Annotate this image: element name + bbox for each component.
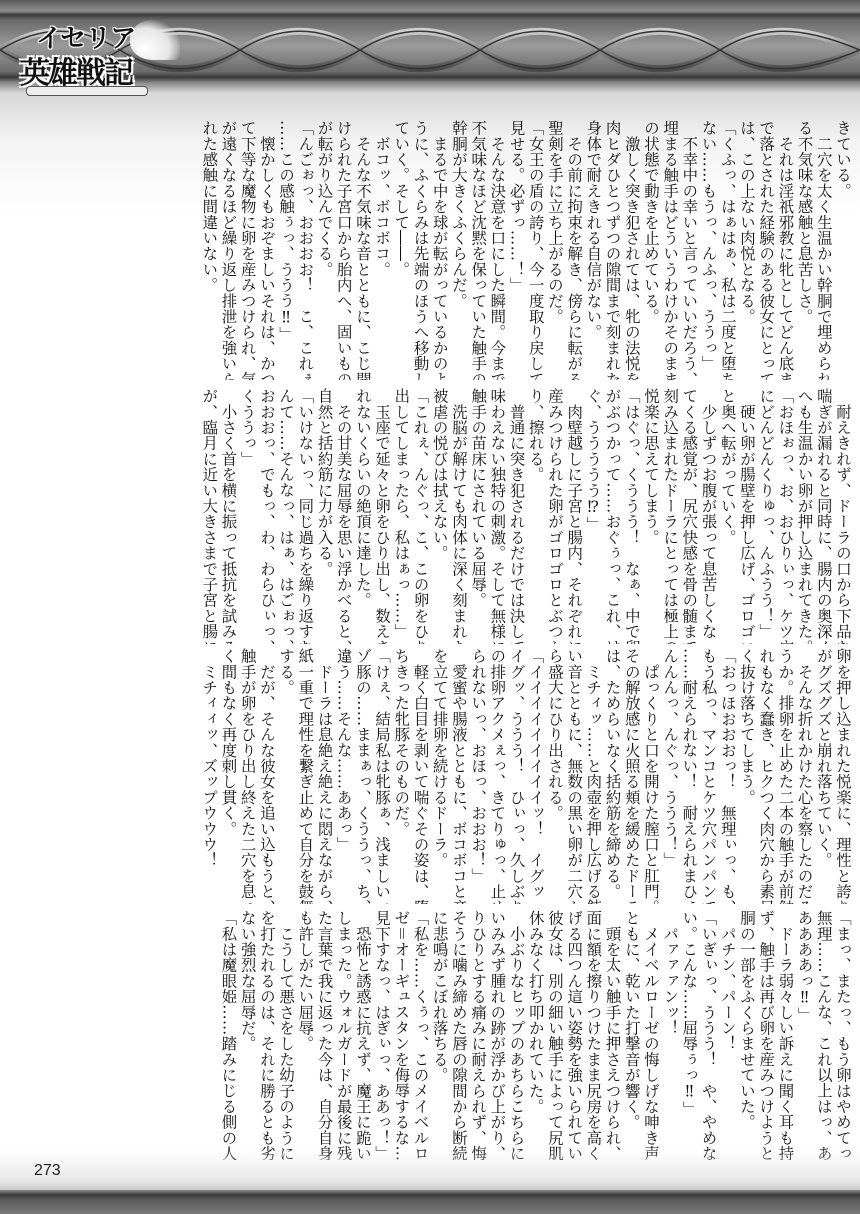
text-line: こうして悪さをした幼子のように尻 (276, 910, 295, 1160)
text-line: い音とともに、無数の黒い卵が二穴か (564, 648, 583, 904)
text-line: そんな不気味な音とともに、こじ開 (353, 120, 372, 380)
text-line: んて……そんなっ、はぁ、はごぉっ、 (276, 388, 295, 644)
text-line: おおおっ、でもっ、わ、わらひぃっ、 (257, 388, 276, 644)
text-tier-3: 卵を押し込まれた悦楽に、理性と誇りがグズグズと崩れ落ちていく。 そんな折れかけた… (22, 648, 852, 904)
text-line: まるで中を球が転がっているかのよ (430, 120, 449, 380)
text-line: 被虐の悦びは拭えない。 (430, 388, 449, 644)
text-line: 玉座で延々と卵をひり出し、数えき (372, 388, 391, 644)
text-line: られないっ、おほっ、おおお！」 (468, 648, 487, 904)
text-line: り、擦れる。 (526, 388, 545, 644)
text-line: が転がり込んでくる。 (314, 120, 333, 380)
text-line: しまった。ウォルガードが最後に残し (334, 910, 353, 1160)
text-line: れた感触に間違いない。 (199, 120, 218, 380)
text-line: メイベルローゼの悔しげな呻き声と (641, 910, 660, 1160)
text-line: 悦楽に思えてしまう。 (641, 388, 660, 644)
text-line: 洗脳が解けても肉体に深く刻まれた (449, 388, 468, 644)
text-line: く抜け落ちてしまう。 (737, 648, 756, 904)
text-line: くううっ」 (238, 388, 257, 644)
text-line: 「私を……くぅっ、このメイベルロー (410, 910, 429, 1160)
text-line: 硬い卵が腸壁を押し広げ、ゴロゴロ (737, 388, 756, 644)
wing-icon (130, 20, 180, 60)
text-line: を立てて排卵を続けるドーラ。 (430, 648, 449, 904)
text-line: 小ぶりなヒップのあちらこちらに赤 (506, 910, 525, 1160)
text-line: 「けぇ、結局私は牝豚ぁ、浅ましいマ (372, 648, 391, 904)
text-line: 恐怖と誘惑に抗えず、魔王に跪いて (353, 910, 372, 1160)
text-line: に悲鳴がこぼれ落ちる。 (430, 910, 449, 1160)
text-line: ない……もうっ、んふっ、ううっ」 (698, 120, 717, 380)
text-line: そんな折れかけた心を察したのだろ (794, 648, 813, 904)
text-line: ていく。そして――。 (391, 120, 410, 380)
text-line: ……耐えられない！ 耐えられまひぇ (679, 648, 698, 904)
text-line: ドーラは息絶え絶えに悶えながら、 (314, 648, 333, 904)
text-line: 「イイイイイイイイイッ！ イグッ (526, 648, 545, 904)
text-line: 「いけないっ、同じ過ちを繰り返すな (295, 388, 314, 644)
text-line: ドーラ弱々しい訴えに聞く耳も持た (775, 910, 794, 1160)
text-line: 小さく首を横に振って抵抗を試みる (218, 388, 237, 644)
text-line: 無理……こんな、これ以上はっ、ああ (814, 910, 833, 1160)
text-line: れないくらいの絶頂に達した。 (353, 388, 372, 644)
text-line: 産みつけられた卵がゴロゴロとぶつか (545, 388, 564, 644)
text-line: がぶつかって……おぐぅっ、これ、は (602, 388, 621, 644)
text-line: 「はぐっ、くううう！ なぁ、中で卵 (622, 388, 641, 644)
text-line: 自然と括約筋に力が入る。 (314, 388, 333, 644)
text-line: 「いぎぃっ、ううう！ や、やめなさ (698, 910, 717, 1160)
text-line: んんんっ、んぐっ、ううう！」 (660, 648, 679, 904)
text-line: 「んごぉっ、おおおお！ こ、これぇ (295, 120, 314, 380)
text-line: パァァァンッ！ (660, 910, 679, 1160)
text-line: 「おっほおおおっ！ 無理ぃっ、も、 (718, 648, 737, 904)
text-line: ぱっくりと口を開けた膣口と肛門。 (641, 648, 660, 904)
page-number: 273 (34, 1162, 61, 1180)
text-line: 見下すなっ、はぎぃっ、ああっ！」 (372, 910, 391, 1160)
text-line: 身体で耐えきれる自信がない。 (583, 120, 602, 380)
text-line: 味わえない独特の刺激。そして無様に (487, 388, 506, 644)
text-line: 埋まる触手はどういうわけかそのまま (660, 120, 679, 380)
text-line: ら盛大にひり出される。 (545, 648, 564, 904)
text-line: も許しがたい屈辱。 (295, 910, 314, 1160)
text-line: うか。排卵を止めた二本の触手が前触 (775, 648, 794, 904)
text-line: 「私は魔眼姫……踏みにじる側の人間 (218, 910, 237, 1160)
text-line: 不幸中の幸いと言っていいだろう、 (679, 120, 698, 380)
text-line: の排卵アクメぇっ、きてりゅっ、止め (487, 648, 506, 904)
text-line: りひりとする痛みに耐えられず、悔し (468, 910, 487, 1160)
text-line: 頭を太い触手に押さえつけられ、地 (602, 910, 621, 1160)
text-line: パチン、パーン！ (718, 910, 737, 1160)
text-line: 普通に突き犯されるだけでは決して (506, 388, 525, 644)
text-line: 耐えきれず、ドーラの口から下品な (833, 388, 852, 644)
text-line: ……この感触ぅっ、ううう‼」 (276, 120, 295, 380)
text-line: ない強烈な屈辱だ。 (238, 910, 257, 1160)
text-line: それは淫祇邪教に牝としてどん底ま (775, 120, 794, 380)
text-line: が遠くなるほど繰り返し排泄を強いら (218, 120, 237, 380)
text-line: ああああっ‼」 (794, 910, 813, 1160)
text-line: 二穴を太く生温かい幹胴で埋められ (814, 120, 833, 380)
text-line: 愛蜜や腸液とともに、ボコボコと音 (449, 648, 468, 904)
text-line: もう私っ、マンコとケツ穴パンパンで (698, 648, 717, 904)
text-line: その甘美な屈辱を思い浮かべると、 (334, 388, 353, 644)
text-line: 「おほぉっ、お、おひりぃっ、ケツ穴 (775, 388, 794, 644)
text-line: て下等な魔物に卵を産みつけられ、気 (238, 120, 257, 380)
text-line: 少しずつお腹が張って息苦しくなっ (698, 388, 717, 644)
text-line: てくる感覚が、尻穴快感を骨の髄まで (679, 388, 698, 644)
text-line: 面に額を擦りつけたまま尻房を高く上 (583, 910, 602, 1160)
text-line: 激しく突き犯されては、牝の法悦を (622, 120, 641, 380)
text-line: い。こんな……屈辱ぅっ‼」 (679, 910, 698, 1160)
text-line: 喘ぎが漏れると同時に、腸内の奥深く (814, 388, 833, 644)
text-line: 不気味なほど沈黙を保っていた触手の (468, 120, 487, 380)
text-line: 紙一重で理性を繋ぎ止めて自分を鼓舞 (295, 648, 314, 904)
text-line: 彼女は、別の細い触手によって尻肌を (545, 910, 564, 1160)
text-line: いみみず腫れの跡が浮かび上がり、ひ (487, 910, 506, 1160)
text-line: は、この上ない肉悦となる。 (737, 120, 756, 380)
text-line: 肉壁越しに子宮と腸内、それぞれに (564, 388, 583, 644)
text-line: 休みなく打ち叩かれていた。 (526, 910, 545, 1160)
logo: イセリア 英雄戦記 (20, 18, 170, 98)
text-line: 懐かしくもおぞましいそれは、かつ (257, 120, 276, 380)
text-line: ゼ＝オーギュスタンを侮辱するな…… (391, 910, 410, 1160)
text-line: で落とされた経験のある彼女にとって (756, 120, 775, 380)
text-line: 「くふっ、はぁはぁ、私は二度と堕ち (718, 120, 737, 380)
text-line: そんな決意を口にした瞬間。今まで (487, 120, 506, 380)
text-line: と奥へ転がっていく。 (718, 388, 737, 644)
text-line: ミチィッ……と肉壺を押し広げる鈍 (583, 648, 602, 904)
text-line: うに、ふくらみは先端のほうへ移動し (410, 120, 429, 380)
text-line: 違う……そんな……ああっ」 (334, 648, 353, 904)
text-line: 見せる。必ずっ……！」 (506, 120, 525, 380)
text-line: 刻み込まれたドーラにとっては極上の (660, 388, 679, 644)
text-line: 卵を押し込まれた悦楽に、理性と誇り (833, 648, 852, 904)
text-line: イグッ、ううう！ ひぃっ、久しぶり (506, 648, 525, 904)
text-line: 肉ヒダひとつずつの隙間まで刻まれた (602, 120, 621, 380)
text-tier-4: 「まっ、またっ、もう卵はやめてっ、無理……こんな、これ以上はっ、ああああああっ‼… (22, 910, 852, 1160)
text-line: ともに、乾いた打撃音が響く。 (622, 910, 641, 1160)
text-line: けられた子宮口から胎内へ、固いもの (334, 120, 353, 380)
text-line: 胴の一部をふくらませていた。 (737, 910, 756, 1160)
text-line: げる四つん這い姿勢を強いられている (564, 910, 583, 1160)
text-line: へも生温かい卵が押し込まれてきた。 (794, 388, 813, 644)
footer-band (0, 1190, 860, 1214)
text-line: がグズグズと崩れ落ちていく。 (814, 648, 833, 904)
text-line: ちきった牝豚そのものだ。 (391, 648, 410, 904)
text-line: 聖剣を手に立ち上がるのだ。 (545, 120, 564, 380)
text-line: が、臨月に近い大きさまで子宮と腸に (199, 388, 218, 644)
text-line: だが、そんな彼女を追い込もうと、 (257, 648, 276, 904)
text-line: る不気味な感触と息苦しさ。 (794, 120, 813, 380)
text-line: 「女王の盾の誇り、今一度取り戻して (526, 120, 545, 380)
logo-ribbon (26, 86, 148, 96)
text-line: 軽く白目を剥いて喘ぐその姿は、堕 (410, 648, 429, 904)
text-line: する。 (276, 648, 295, 904)
text-line: その前に拘束を解き、傍らに転がる (564, 120, 583, 380)
text-line: ゾ豚の……ままぁっ、くううっ、ち、 (353, 648, 372, 904)
text-line: く間もなく再度刺し貫く。 (218, 648, 237, 904)
footer-fade (0, 1150, 860, 1190)
text-line: 出してしまったら、私はぁっ……」 (391, 388, 410, 644)
text-tier-2: 耐えきれず、ドーラの口から下品な喘ぎが漏れると同時に、腸内の奥深くへも生温かい卵… (22, 388, 852, 644)
text-line: れもなく蠢き、ヒクつく肉穴から素早 (756, 648, 775, 904)
text-line: 「これぇ、んぐっ、こ、この卵をひり (410, 388, 429, 644)
text-line: ず、触手は再び卵を産みつけようと幹 (756, 910, 775, 1160)
text-line: 触手が卵をひり出し終えた二穴を息つ (238, 648, 257, 904)
text-line: その解放感に火照る頬を緩めたドーラ (622, 648, 641, 904)
text-line: きている。 (833, 120, 852, 380)
text-line: にどんどんくりゅっ、んふうう！」 (756, 388, 775, 644)
text-line: そうに噛み締めた唇の隙間から断続的 (449, 910, 468, 1160)
text-line: 幹胴が大きくふくらんだ。 (449, 120, 468, 380)
text-line: ミチィィッ、ズップウウウ！ (199, 648, 218, 904)
text-line: ぐ、ううううう⁉」 (583, 388, 602, 644)
text-line: を打たれるのは、それに勝るとも劣ら (257, 910, 276, 1160)
text-line: 「まっ、またっ、もう卵はやめてっ、 (833, 910, 852, 1160)
text-line: た言葉で我に返った今は、自分自身で (314, 910, 333, 1160)
text-line: 触手の苗床にされている屈辱。 (468, 388, 487, 644)
text-line: の状態で動きを止めている。 (641, 120, 660, 380)
text-tier-1: きている。 二穴を太く生温かい幹胴で埋められる不気味な感触と息苦しさ。 それは淫… (22, 120, 852, 380)
text-line: ボコッ、ボコボコ。 (372, 120, 391, 380)
text-line: は、ためらいなく括約筋を締める。 (602, 648, 621, 904)
